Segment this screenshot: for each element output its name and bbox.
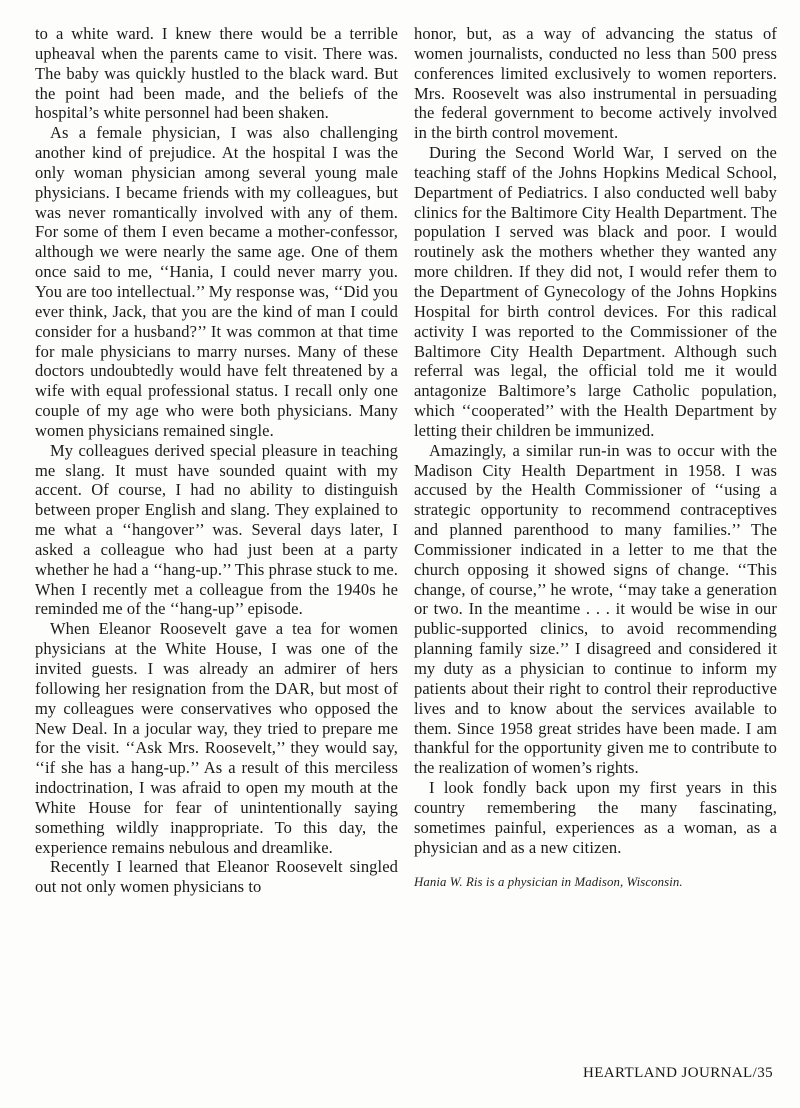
paragraph: I look fondly back upon my first years i… — [414, 778, 777, 857]
paragraph: As a female physician, I was also challe… — [35, 123, 398, 441]
page-footer: HEARTLAND JOURNAL/35 — [583, 1065, 773, 1082]
paragraph: honor, but, as a way of advancing the st… — [414, 24, 777, 143]
author-byline: Hania W. Ris is a physician in Madison, … — [414, 874, 777, 890]
paragraph: to a white ward. I knew there would be a… — [35, 24, 398, 123]
right-column: honor, but, as a way of advancing the st… — [414, 24, 777, 897]
paragraph: During the Second World War, I served on… — [414, 143, 777, 441]
two-column-text-block: to a white ward. I knew there would be a… — [0, 0, 800, 897]
journal-page: to a white ward. I knew there would be a… — [0, 0, 800, 1108]
paragraph: Recently I learned that Eleanor Roosevel… — [35, 857, 398, 897]
paragraph: When Eleanor Roosevelt gave a tea for wo… — [35, 619, 398, 857]
paragraph: Amazingly, a similar run-in was to occur… — [414, 441, 777, 778]
paragraph: My colleagues derived special pleasure i… — [35, 441, 398, 620]
left-column: to a white ward. I knew there would be a… — [35, 24, 398, 897]
